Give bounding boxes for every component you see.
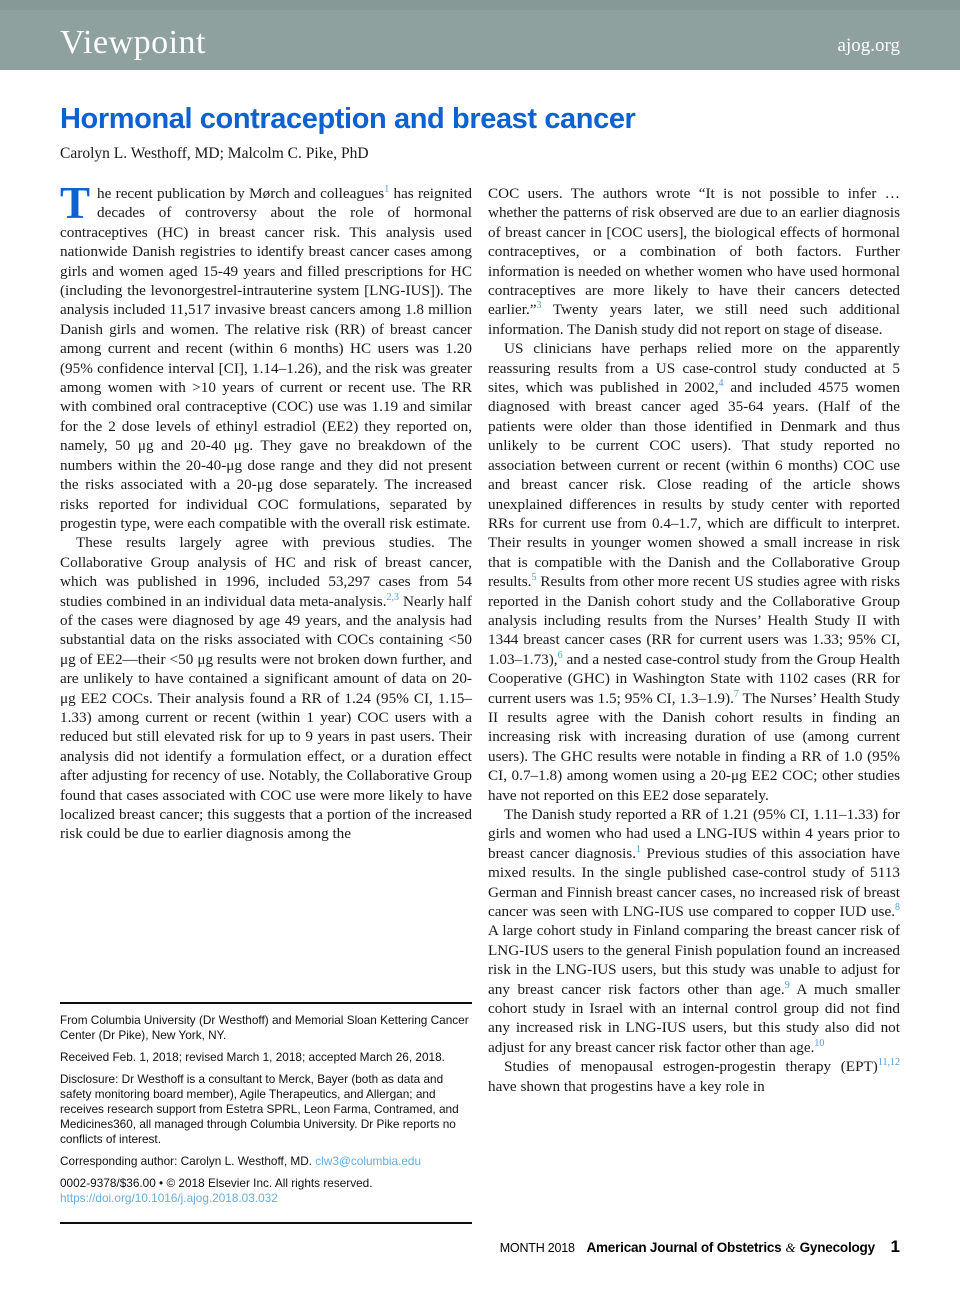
body-paragraph: The Danish study reported a RR of 1.21 (… (488, 805, 900, 1057)
issue-date: MONTH 2018 (500, 1241, 575, 1255)
page-number: 1 (891, 1237, 900, 1256)
left-column-text: The recent publication by Mørch and coll… (60, 184, 472, 844)
two-column-body: The recent publication by Mørch and coll… (60, 184, 900, 1224)
citation-reference[interactable]: 2,3 (387, 591, 400, 602)
citation-reference[interactable]: 9 (785, 980, 790, 991)
citation-reference[interactable]: 1 (384, 184, 389, 195)
right-column-text: COC users. The authors wrote “It is not … (488, 184, 900, 1096)
citation-reference[interactable]: 8 (895, 902, 900, 913)
page-footer: MONTH 2018 American Journal of Obstetric… (0, 1237, 900, 1257)
citation-reference[interactable]: 4 (719, 378, 724, 389)
journal-page: Viewpoint ajog.org Hormonal contraceptio… (0, 0, 960, 1290)
journal-name-part2: Gynecology (800, 1240, 875, 1255)
citation-reference[interactable]: 7 (734, 689, 739, 700)
left-column: The recent publication by Mørch and coll… (60, 184, 472, 1224)
disclosure-note: Disclosure: Dr Westhoff is a consultant … (60, 1072, 472, 1147)
journal-name: American Journal of Obstetrics&Gynecolog… (586, 1240, 874, 1255)
body-paragraph: These results largely agree with previou… (60, 533, 472, 844)
journal-ampersand: & (786, 1240, 796, 1255)
footnote-block: From Columbia University (Dr Westhoff) a… (60, 1002, 472, 1224)
body-paragraph: COC users. The authors wrote “It is not … (488, 184, 900, 339)
citation-reference[interactable]: 11,12 (878, 1057, 900, 1068)
citation-reference[interactable]: 10 (814, 1038, 824, 1049)
received-dates-note: Received Feb. 1, 2018; revised March 1, … (60, 1050, 472, 1065)
citation-reference[interactable]: 3 (536, 300, 541, 311)
body-paragraph: US clinicians have perhaps relied more o… (488, 339, 900, 805)
authors-byline: Carolyn L. Westhoff, MD; Malcolm C. Pike… (60, 145, 900, 163)
right-column: COC users. The authors wrote “It is not … (488, 184, 900, 1224)
hyperlink[interactable]: https://doi.org/10.1016/j.ajog.2018.03.0… (60, 1191, 278, 1205)
journal-name-part1: American Journal of Obstetrics (586, 1240, 781, 1255)
header-band: Viewpoint ajog.org (0, 0, 960, 70)
corresponding-author-note: Corresponding author: Carolyn L. Westhof… (60, 1154, 472, 1169)
affiliation-note: From Columbia University (Dr Westhoff) a… (60, 1013, 472, 1043)
body-paragraph: Studies of menopausal estrogen-progestin… (488, 1057, 900, 1096)
citation-reference[interactable]: 5 (531, 572, 536, 583)
body-paragraph: The recent publication by Mørch and coll… (60, 184, 472, 533)
section-title: Viewpoint (60, 24, 206, 62)
copyright-note: 0002-9378/$36.00 • © 2018 Elsevier Inc. … (60, 1176, 472, 1206)
hyperlink[interactable]: clw3@columbia.edu (315, 1154, 421, 1168)
citation-reference[interactable]: 1 (636, 844, 641, 855)
citation-reference[interactable]: 6 (558, 650, 563, 661)
site-link[interactable]: ajog.org (838, 35, 900, 57)
drop-cap: T (60, 184, 97, 220)
article-title: Hormonal contraception and breast cancer (60, 103, 900, 136)
